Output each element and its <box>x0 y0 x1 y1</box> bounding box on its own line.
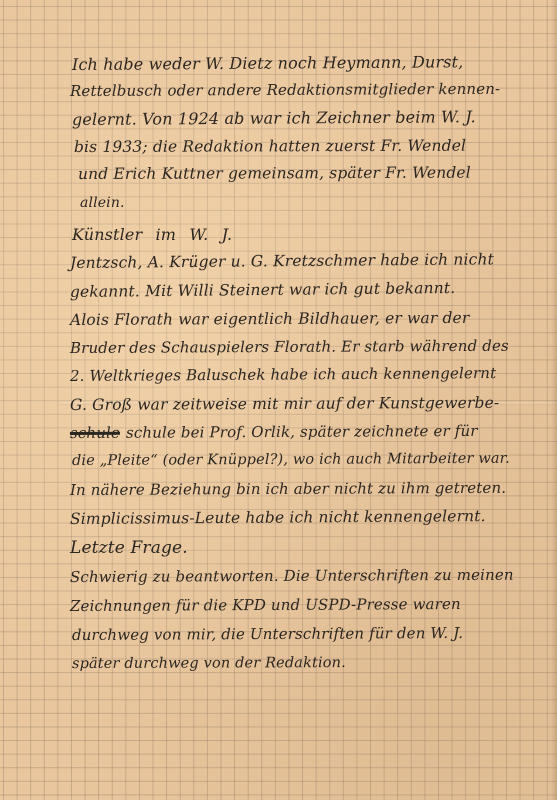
letter-line: Jentzsch, A. Krüger u. G. Kretzschmer ha… <box>70 252 494 271</box>
letter-line: Ich habe weder W. Dietz noch Heymann, Du… <box>72 54 464 73</box>
letter-line: In nähere Beziehung bin ich aber nicht z… <box>70 481 506 498</box>
letter-line: durchweg von mir, die Unterschriften für… <box>72 626 463 643</box>
letter-line: Bruder des Schauspielers Florath. Er sta… <box>70 339 509 356</box>
letter-line-text: schule bei Prof. Orlik, später zeichnete… <box>126 422 478 442</box>
section-heading: Künstler im W. J. <box>72 227 232 243</box>
struck-out-word: schule <box>70 426 120 441</box>
letter-line: später durchweg von der Redaktion. <box>72 656 346 671</box>
letter-line: und Erich Kuttner gemeinsam, später Fr. … <box>78 166 471 183</box>
letter-line: Rettelbusch oder andere Redaktionsmitgli… <box>70 82 500 99</box>
letter-line: G. Groß war zeitweise mit mir auf der Ku… <box>70 396 499 414</box>
letter-line: Zeichnungen für die KPD und USPD-Presse … <box>70 597 461 614</box>
letter-line: Schwierig zu beantworten. Die Unterschri… <box>70 568 514 585</box>
letter-line: Alois Florath war eigentlich Bildhauer, … <box>70 311 470 329</box>
letter-line: Simplicissimus-Leute habe ich nicht kenn… <box>70 509 486 527</box>
letter-line: schuleschule bei Prof. Orlik, später zei… <box>70 424 478 441</box>
letter-line: gelernt. Von 1924 ab war ich Zeichner be… <box>72 109 476 128</box>
letter-line: gekannt. Mit Willi Steinert war ich gut … <box>70 281 456 301</box>
letter-line: allein. <box>80 196 125 210</box>
handwritten-letter: Ich habe weder W. Dietz noch Heymann, Du… <box>0 0 557 800</box>
letter-line: 2. Weltkrieges Baluschek habe ich auch k… <box>70 366 496 384</box>
graph-paper-page: Ich habe weder W. Dietz noch Heymann, Du… <box>0 0 557 800</box>
letter-line: die „Pleite“ (oder Knüppel?), wo ich auc… <box>72 452 510 469</box>
letter-line: bis 1933; die Redaktion hatten zuerst Fr… <box>74 139 466 156</box>
section-heading: Letzte Frage. <box>70 540 188 557</box>
